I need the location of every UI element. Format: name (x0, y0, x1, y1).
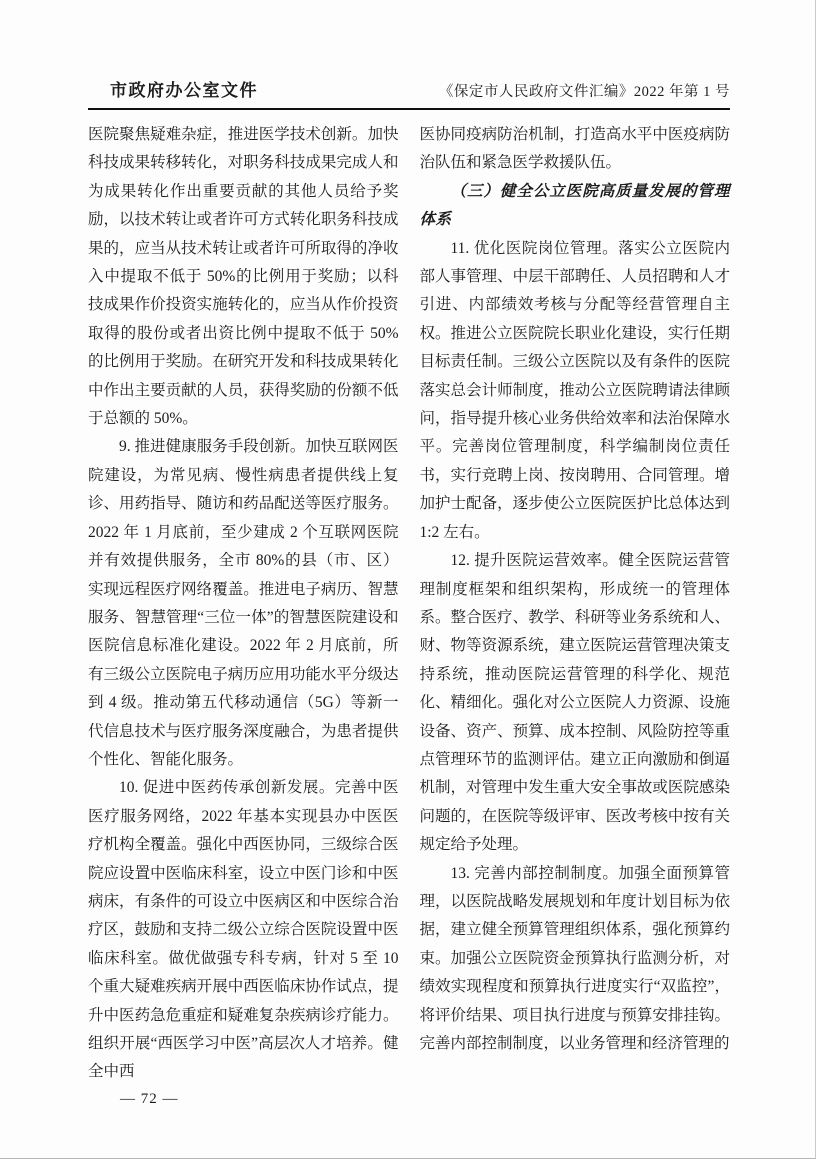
header-left-title: 市政府办公室文件 (110, 76, 258, 101)
paragraph: 10. 促进中医药传承创新发展。完善中医医疗服务网络，2022 年基本实现县办中… (88, 774, 399, 1086)
header-rule (88, 108, 730, 110)
section-heading: （三）健全公立医院高质量发展的管理体系 (420, 178, 731, 235)
page-header: 市政府办公室文件 《保定市人民政府文件汇编》2022 年第 1 号 (88, 76, 730, 110)
header-right-title: 《保定市人民政府文件汇编》2022 年第 1 号 (439, 80, 730, 101)
document-page: 市政府办公室文件 《保定市人民政府文件汇编》2022 年第 1 号 医院聚焦疑难… (0, 0, 816, 1159)
paragraph: 12. 提升医院运营效率。健全医院运营管理制度框架和组织架构，形成统一的管理体系… (420, 547, 731, 859)
paragraph: 9. 推进健康服务手段创新。加快互联网医院建设，为常见病、慢性病患者提供线上复诊… (88, 433, 399, 774)
page-footer: — 72 — (88, 1091, 730, 1108)
header-row: 市政府办公室文件 《保定市人民政府文件汇编》2022 年第 1 号 (88, 76, 730, 101)
paragraph: 13. 完善内部控制制度。加强全面预算管理，以医院战略发展规划和年度计划目标为依… (420, 860, 731, 1059)
left-column: 医院聚焦疑难杂症，推进医学技术创新。加快科技成果转移转化，对职务科技成果完成人和… (88, 121, 399, 1087)
paragraph: 11. 优化医院岗位管理。落实公立医院内部人事管理、中层干部聘任、人员招聘和人才… (420, 235, 731, 547)
page-number: — 72 — (120, 1091, 179, 1107)
right-column: 医协同疫病防治机制，打造高水平中医疫病防治队伍和紧急医学救援队伍。（三）健全公立… (420, 121, 731, 1087)
document-body: 医院聚焦疑难杂症，推进医学技术创新。加快科技成果转移转化，对职务科技成果完成人和… (88, 121, 730, 1087)
paragraph: 医协同疫病防治机制，打造高水平中医疫病防治队伍和紧急医学救援队伍。 (420, 121, 731, 178)
paragraph: 医院聚焦疑难杂症，推进医学技术创新。加快科技成果转移转化，对职务科技成果完成人和… (88, 121, 399, 433)
